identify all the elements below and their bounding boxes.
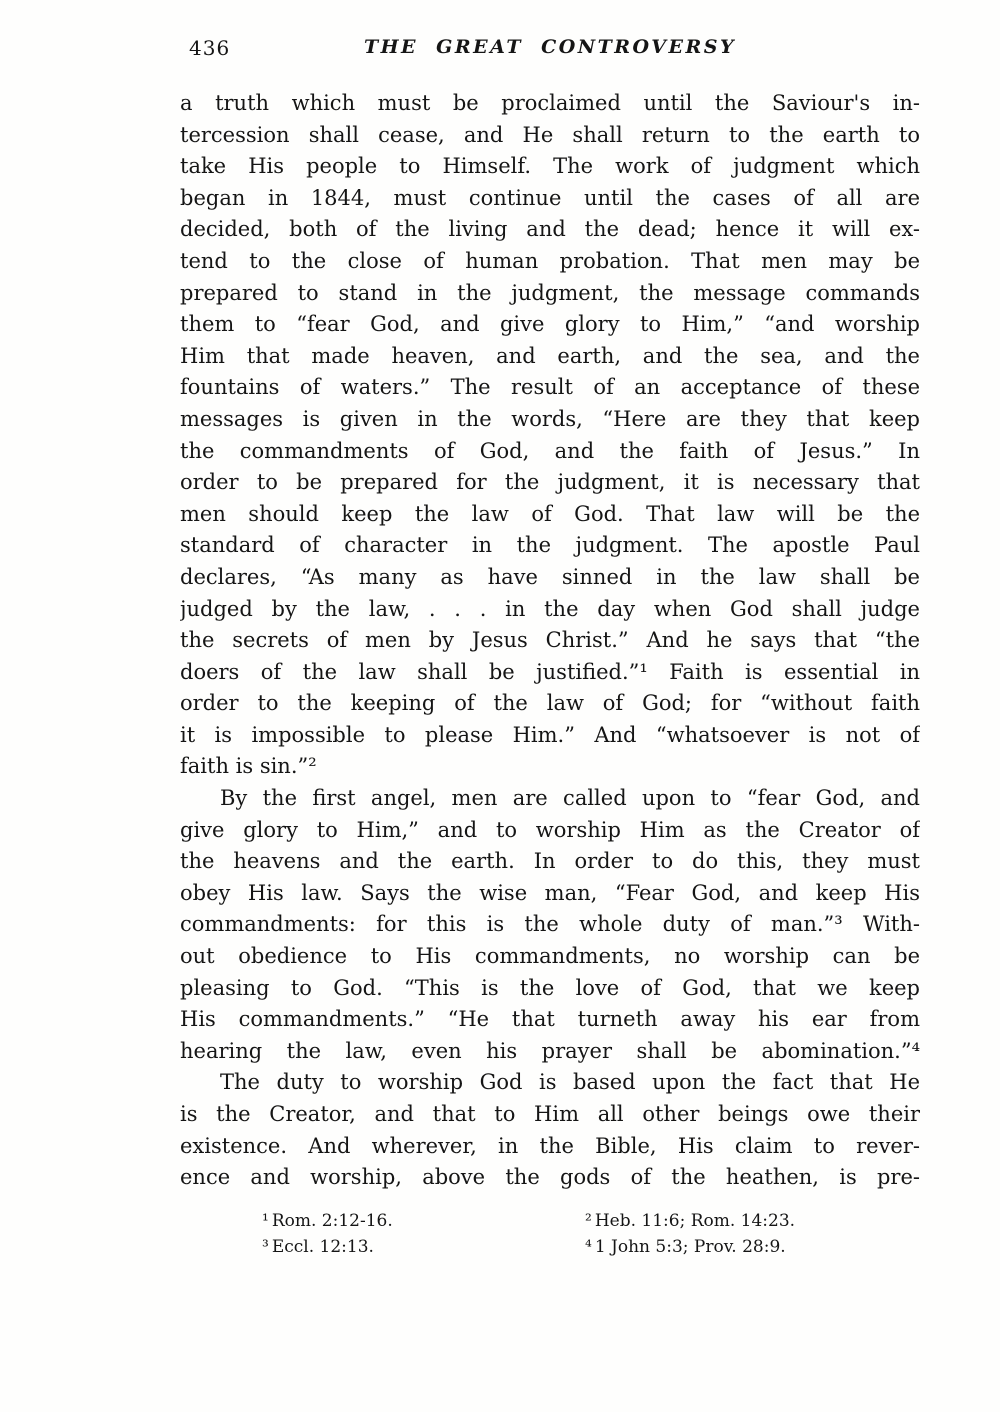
footnote-text: Heb. 11:6; Rom. 14:23. <box>595 1211 795 1231</box>
text-line: take His people to Himself. The work of … <box>180 151 920 183</box>
text-line: hearing the law, even his prayer shall b… <box>180 1036 920 1068</box>
text-line: fountains of waters.” The result of an a… <box>180 372 920 404</box>
text-line: tend to the close of human probation. Th… <box>180 246 920 278</box>
text-line: the commandments of God, and the faith o… <box>180 436 920 468</box>
text-line: pleasing to God. “This is the love of Go… <box>180 973 920 1005</box>
text-line: existence. And wherever, in the Bible, H… <box>180 1131 920 1163</box>
footnote-text: Eccl. 12:13. <box>272 1237 374 1257</box>
book-page: 436 THE GREAT CONTROVERSY a truth which … <box>0 0 1000 1412</box>
text-line: The duty to worship God is based upon th… <box>180 1067 920 1099</box>
text-line: obey His law. Says the wise man, “Fear G… <box>180 878 920 910</box>
text-line: decided, both of the living and the dead… <box>180 214 920 246</box>
footnote-text: 1 John 5:3; Prov. 28:9. <box>595 1237 786 1257</box>
text-line: the secrets of men by Jesus Christ.” And… <box>180 625 920 657</box>
paragraph: By the first angel, men are called upon … <box>180 783 920 1067</box>
text-line: men should keep the law of God. That law… <box>180 499 920 531</box>
text-line: out obedience to His commandments, no wo… <box>180 941 920 973</box>
text-line: declares, “As many as have sinned in the… <box>180 562 920 594</box>
page-header: 436 THE GREAT CONTROVERSY <box>0 0 1000 62</box>
text-line: tercession shall cease, and He shall ret… <box>180 120 920 152</box>
paragraph: a truth which must be proclaimed until t… <box>180 88 920 783</box>
text-line: them to “fear God, and give glory to Him… <box>180 309 920 341</box>
text-line: judged by the law, . . . in the day when… <box>180 594 920 626</box>
text-line: ence and worship, above the gods of the … <box>180 1162 920 1194</box>
text-line: give glory to Him,” and to worship Him a… <box>180 815 920 847</box>
footnote-3: ³Eccl. 12:13. <box>262 1234 585 1260</box>
text-line: prepared to stand in the judgment, the m… <box>180 278 920 310</box>
text-line: faith is sin.”² <box>180 751 920 783</box>
footnote-marker: ⁴ <box>585 1237 592 1257</box>
text-line: is the Creator, and that to Him all othe… <box>180 1099 920 1131</box>
text-line: standard of character in the judgment. T… <box>180 530 920 562</box>
text-block: a truth which must be proclaimed until t… <box>180 88 920 1194</box>
text-line: order to be prepared for the judgment, i… <box>180 467 920 499</box>
footnote-text: Rom. 2:12-16. <box>272 1211 393 1231</box>
footnotes: ¹Rom. 2:12-16. ²Heb. 11:6; Rom. 14:23. ³… <box>262 1208 922 1260</box>
footnote-marker: ³ <box>262 1237 269 1257</box>
running-head-title: THE GREAT CONTROVERSY <box>180 36 920 58</box>
text-line: Him that made heaven, and earth, and the… <box>180 341 920 373</box>
text-line: order to the keeping of the law of God; … <box>180 688 920 720</box>
text-line: a truth which must be proclaimed until t… <box>180 88 920 120</box>
footnote-marker: ² <box>585 1211 592 1231</box>
text-line: His commandments.” “He that turneth away… <box>180 1004 920 1036</box>
footnote-1: ¹Rom. 2:12-16. <box>262 1208 585 1234</box>
text-line: messages is given in the words, “Here ar… <box>180 404 920 436</box>
text-line: commandments: for this is the whole duty… <box>180 909 920 941</box>
text-line: By the first angel, men are called upon … <box>180 783 920 815</box>
footnote-marker: ¹ <box>262 1211 269 1231</box>
text-line: it is impossible to please Him.” And “wh… <box>180 720 920 752</box>
footnote-4: ⁴1 John 5:3; Prov. 28:9. <box>585 1234 922 1260</box>
text-line: doers of the law shall be justified.”¹ F… <box>180 657 920 689</box>
text-line: the heavens and the earth. In order to d… <box>180 846 920 878</box>
text-line: began in 1844, must continue until the c… <box>180 183 920 215</box>
paragraph: The duty to worship God is based upon th… <box>180 1067 920 1193</box>
footnote-2: ²Heb. 11:6; Rom. 14:23. <box>585 1208 922 1234</box>
